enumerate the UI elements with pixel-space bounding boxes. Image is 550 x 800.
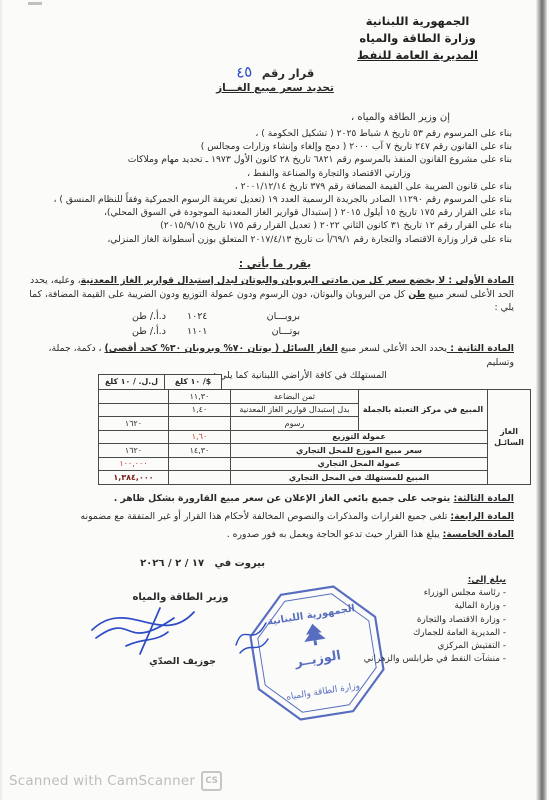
article-3-label: المادة الثالثة: bbox=[453, 493, 514, 504]
product-price: ١١٠١ bbox=[187, 326, 227, 341]
table-cell-usd: ١١,٣٠ bbox=[169, 390, 231, 404]
letterhead-directorate: المديرية العامة للنفط bbox=[357, 47, 478, 64]
resolution-intro: يقرر ما يأتي : bbox=[239, 258, 311, 270]
article-5: المادة الخامسة: يبلغ هذا القرار حيث تدعو… bbox=[26, 528, 514, 542]
salutation: إن وزير الطاقة والمياه ، bbox=[351, 112, 450, 123]
price-unit: د.أ./ طن bbox=[132, 326, 180, 341]
table-header-lbp: ل.ل. / ١٠ كلغ bbox=[98, 374, 165, 390]
table-cell-lbp bbox=[99, 430, 169, 444]
camscanner-text: Scanned with CamScanner bbox=[9, 773, 195, 789]
resolution-intro-line: يقرر ما يأتي : bbox=[0, 258, 550, 270]
camscanner-watermark: CS Scanned with CamScanner bbox=[9, 771, 222, 791]
table-row: عمولة المحل التجاري ١٠٠,٠٠٠ bbox=[99, 457, 531, 471]
table-row-label: سعر مبيع الموزع للمحل التجاري bbox=[231, 444, 488, 458]
price-list: بروبـــان ١٠٢٤ د.أ./ طن بوتـــان ١١٠١ د.… bbox=[132, 311, 300, 340]
preamble-clause: بناء على المرسوم رقم ١١٢٩٠ الصادر بالجري… bbox=[26, 193, 512, 206]
table-cell-sublabel: بدل إستبدال قوارير الغاز المعدنية bbox=[231, 403, 359, 417]
decree-number-handwritten: ٤٥ bbox=[235, 62, 253, 82]
product-name: بوتـــان bbox=[234, 326, 300, 341]
table-row: عمولة التوزيع ١,٦٠ bbox=[99, 430, 531, 444]
article-1-ton: طن bbox=[408, 289, 425, 300]
minister-signature bbox=[82, 602, 217, 660]
decree-date: ١٧ / ٢ / ٢٠٢٦ bbox=[140, 558, 204, 569]
article-4-text: تلغى جميع القرارات والمذكرات والنصوص الم… bbox=[81, 511, 451, 522]
cedar-icon bbox=[302, 622, 327, 647]
article-2-label: المادة الثانية : bbox=[447, 343, 514, 354]
preamble-clause: بناء على القرار رقم ١٧٥ تاريخ ١٥ أيلول ٢… bbox=[26, 206, 512, 219]
article-3-text: يتوجب على جميع بائعي الغاز الإعلان عن سع… bbox=[114, 493, 454, 504]
table-cell-lbp bbox=[99, 390, 169, 404]
stamp-text-center: الوزيــر bbox=[293, 648, 342, 670]
table-cell-lbp: ١٦٢٠ bbox=[99, 417, 169, 431]
product-name: بروبـــان bbox=[234, 311, 300, 326]
table-cell-usd: ١,٦٠ bbox=[169, 430, 231, 444]
table-cell-lbp bbox=[99, 403, 169, 417]
minister-name: جوزيف الصدّي bbox=[140, 656, 225, 667]
article-5-label: المادة الخامسة: bbox=[443, 529, 514, 540]
table-cell-sublabel: ثمن البضاعة bbox=[231, 390, 359, 404]
camscanner-icon: CS bbox=[201, 771, 222, 791]
table-cell-lbp: ١,٣٨٤,٠٠٠ bbox=[99, 471, 169, 485]
place-label: بيروت في bbox=[215, 558, 265, 569]
table-header-usd: $/ ١٠ كلغ bbox=[164, 374, 222, 390]
table-row: المبيع للمستهلك في المحل التجاري ١,٣٨٤,٠… bbox=[99, 471, 531, 485]
stamp-text-top: الجمهورية اللبنانية bbox=[266, 603, 355, 628]
decree-label: قرار رقم bbox=[262, 66, 314, 80]
table-cell-usd: ١٤,٣٠ bbox=[169, 444, 231, 458]
decree-subtitle: تحديد سعر مبيع الغـــاز bbox=[216, 82, 334, 94]
gas-price-table: الغاز السائـل المبيع في مركز التعبئة بال… bbox=[98, 389, 531, 485]
distribution-item: - رئاسة مجلس الوزراء bbox=[364, 587, 506, 600]
article-2-text: يحدد الحد الأعلى لسعر مبيع bbox=[338, 343, 447, 354]
table-row-label: المبيع للمستهلك في المحل التجاري bbox=[231, 471, 488, 485]
date-line: بيروت في ١٧ / ٢ / ٢٠٢٦ bbox=[100, 558, 265, 569]
ministry-stamp: الجمهورية اللبنانية الوزيــر وزارة الطاق… bbox=[238, 574, 396, 732]
distribution-title: يبلغ إلى: bbox=[364, 574, 506, 587]
article-2-gas-term: الغاز السائل bbox=[282, 343, 337, 354]
preamble-clause: بناء على القانون رقم ٢٤٧ تاريخ ٧ آب ٢٠٠٠… bbox=[26, 140, 512, 153]
table-cell-usd: ١,٤٠ bbox=[169, 403, 231, 417]
scan-corner-artifact bbox=[28, 2, 42, 5]
table-cell-lbp: ١٠٠,٠٠٠ bbox=[99, 457, 169, 471]
table-cell-usd bbox=[169, 457, 231, 471]
table-row-label: عمولة التوزيع bbox=[231, 430, 488, 444]
preamble-clause: بناء على المرسوم رقم ٥٣ تاريخ ٨ شباط ٢٠٢… bbox=[26, 127, 512, 140]
price-row-butane: بوتـــان ١١٠١ د.أ./ طن bbox=[132, 326, 300, 341]
table-cell-usd bbox=[169, 417, 231, 431]
scan-right-edge bbox=[536, 0, 547, 800]
article-1-text: مبيع bbox=[425, 289, 444, 300]
table-side-label: الغاز السائـل bbox=[488, 390, 531, 485]
preamble-clause: بناء على مشروع القانون المنفذ بالمرسوم ر… bbox=[26, 153, 512, 166]
preamble-clause: بناء على القرار رقم ١٢ تاريخ ٣١ كانون ال… bbox=[26, 219, 512, 232]
article-4-label: المادة الرابعة: bbox=[450, 511, 514, 522]
table-row: سعر مبيع الموزع للمحل التجاري ١٤,٣٠ ١٦٢٠ bbox=[99, 444, 531, 458]
scanned-decree-page: { "colors": { "ink": "#2a2a2a", "accent_… bbox=[0, 0, 550, 800]
table-group-label: المبيع في مركز التعبئة بالجملة bbox=[359, 390, 488, 431]
preamble: بناء على المرسوم رقم ٥٣ تاريخ ٨ شباط ٢٠٢… bbox=[26, 127, 512, 246]
distribution-item: - المديرية العامة للجمارك bbox=[364, 627, 506, 640]
article-2-mix: ( بوتان ٧٠% وبروبان ٣٠% كحد أقصى) bbox=[105, 343, 283, 354]
article-5-text: يبلغ هذا القرار حيث تدعو الحاجة ويعمل به… bbox=[227, 529, 443, 540]
article-3: المادة الثالثة: يتوجب على جميع بائعي الغ… bbox=[26, 492, 514, 506]
decree-number-line: قرار رقم ٤٥ bbox=[0, 63, 550, 81]
table-cell-usd bbox=[169, 471, 231, 485]
article-4: المادة الرابعة: تلغى جميع القرارات والمذ… bbox=[26, 510, 514, 524]
preamble-clause-continuation: وزارتي الاقتصاد والتجارة والصناعة والنفط… bbox=[26, 167, 512, 180]
product-price: ١٠٢٤ bbox=[187, 311, 227, 326]
letterhead: الجمهورية اللبنانية وزارة الطاقة والمياه… bbox=[357, 13, 478, 64]
distribution-item: - وزارة الاقتصاد والتجارة bbox=[364, 614, 506, 627]
price-unit: د.أ./ طن bbox=[132, 311, 180, 326]
decree-subtitle-line: تحديد سعر مبيع الغـــاز bbox=[0, 82, 550, 94]
table-cell-lbp: ١٦٢٠ bbox=[99, 444, 169, 458]
table-row: الغاز السائـل المبيع في مركز التعبئة بال… bbox=[99, 390, 531, 404]
scan-left-edge bbox=[0, 0, 3, 800]
stamp-text-bottom: وزارة الطاقة والمياه bbox=[286, 681, 361, 702]
letterhead-country: الجمهورية اللبنانية bbox=[357, 13, 478, 30]
price-row-propane: بروبـــان ١٠٢٤ د.أ./ طن bbox=[132, 311, 300, 326]
preamble-clause: بناء على قانون الضريبة على القيمة المضاف… bbox=[26, 180, 512, 193]
letterhead-ministry: وزارة الطاقة والمياه bbox=[357, 30, 478, 47]
preamble-clause: بناء على قرار وزارة الاقتصاد والتجارة رق… bbox=[26, 233, 512, 246]
article-1-lead: لا يخضع سعر كل من مادتي البروبان والبوتا… bbox=[81, 275, 446, 286]
table-row-label: عمولة المحل التجاري bbox=[231, 457, 488, 471]
article-1-label: المادة الأولى : bbox=[445, 275, 514, 286]
article-1: المادة الأولى : لا يخضع سعر كل من مادتي … bbox=[26, 274, 514, 315]
table-cell-sublabel: رسوم bbox=[231, 417, 359, 431]
distribution-item: - وزارة المالية bbox=[364, 600, 506, 613]
